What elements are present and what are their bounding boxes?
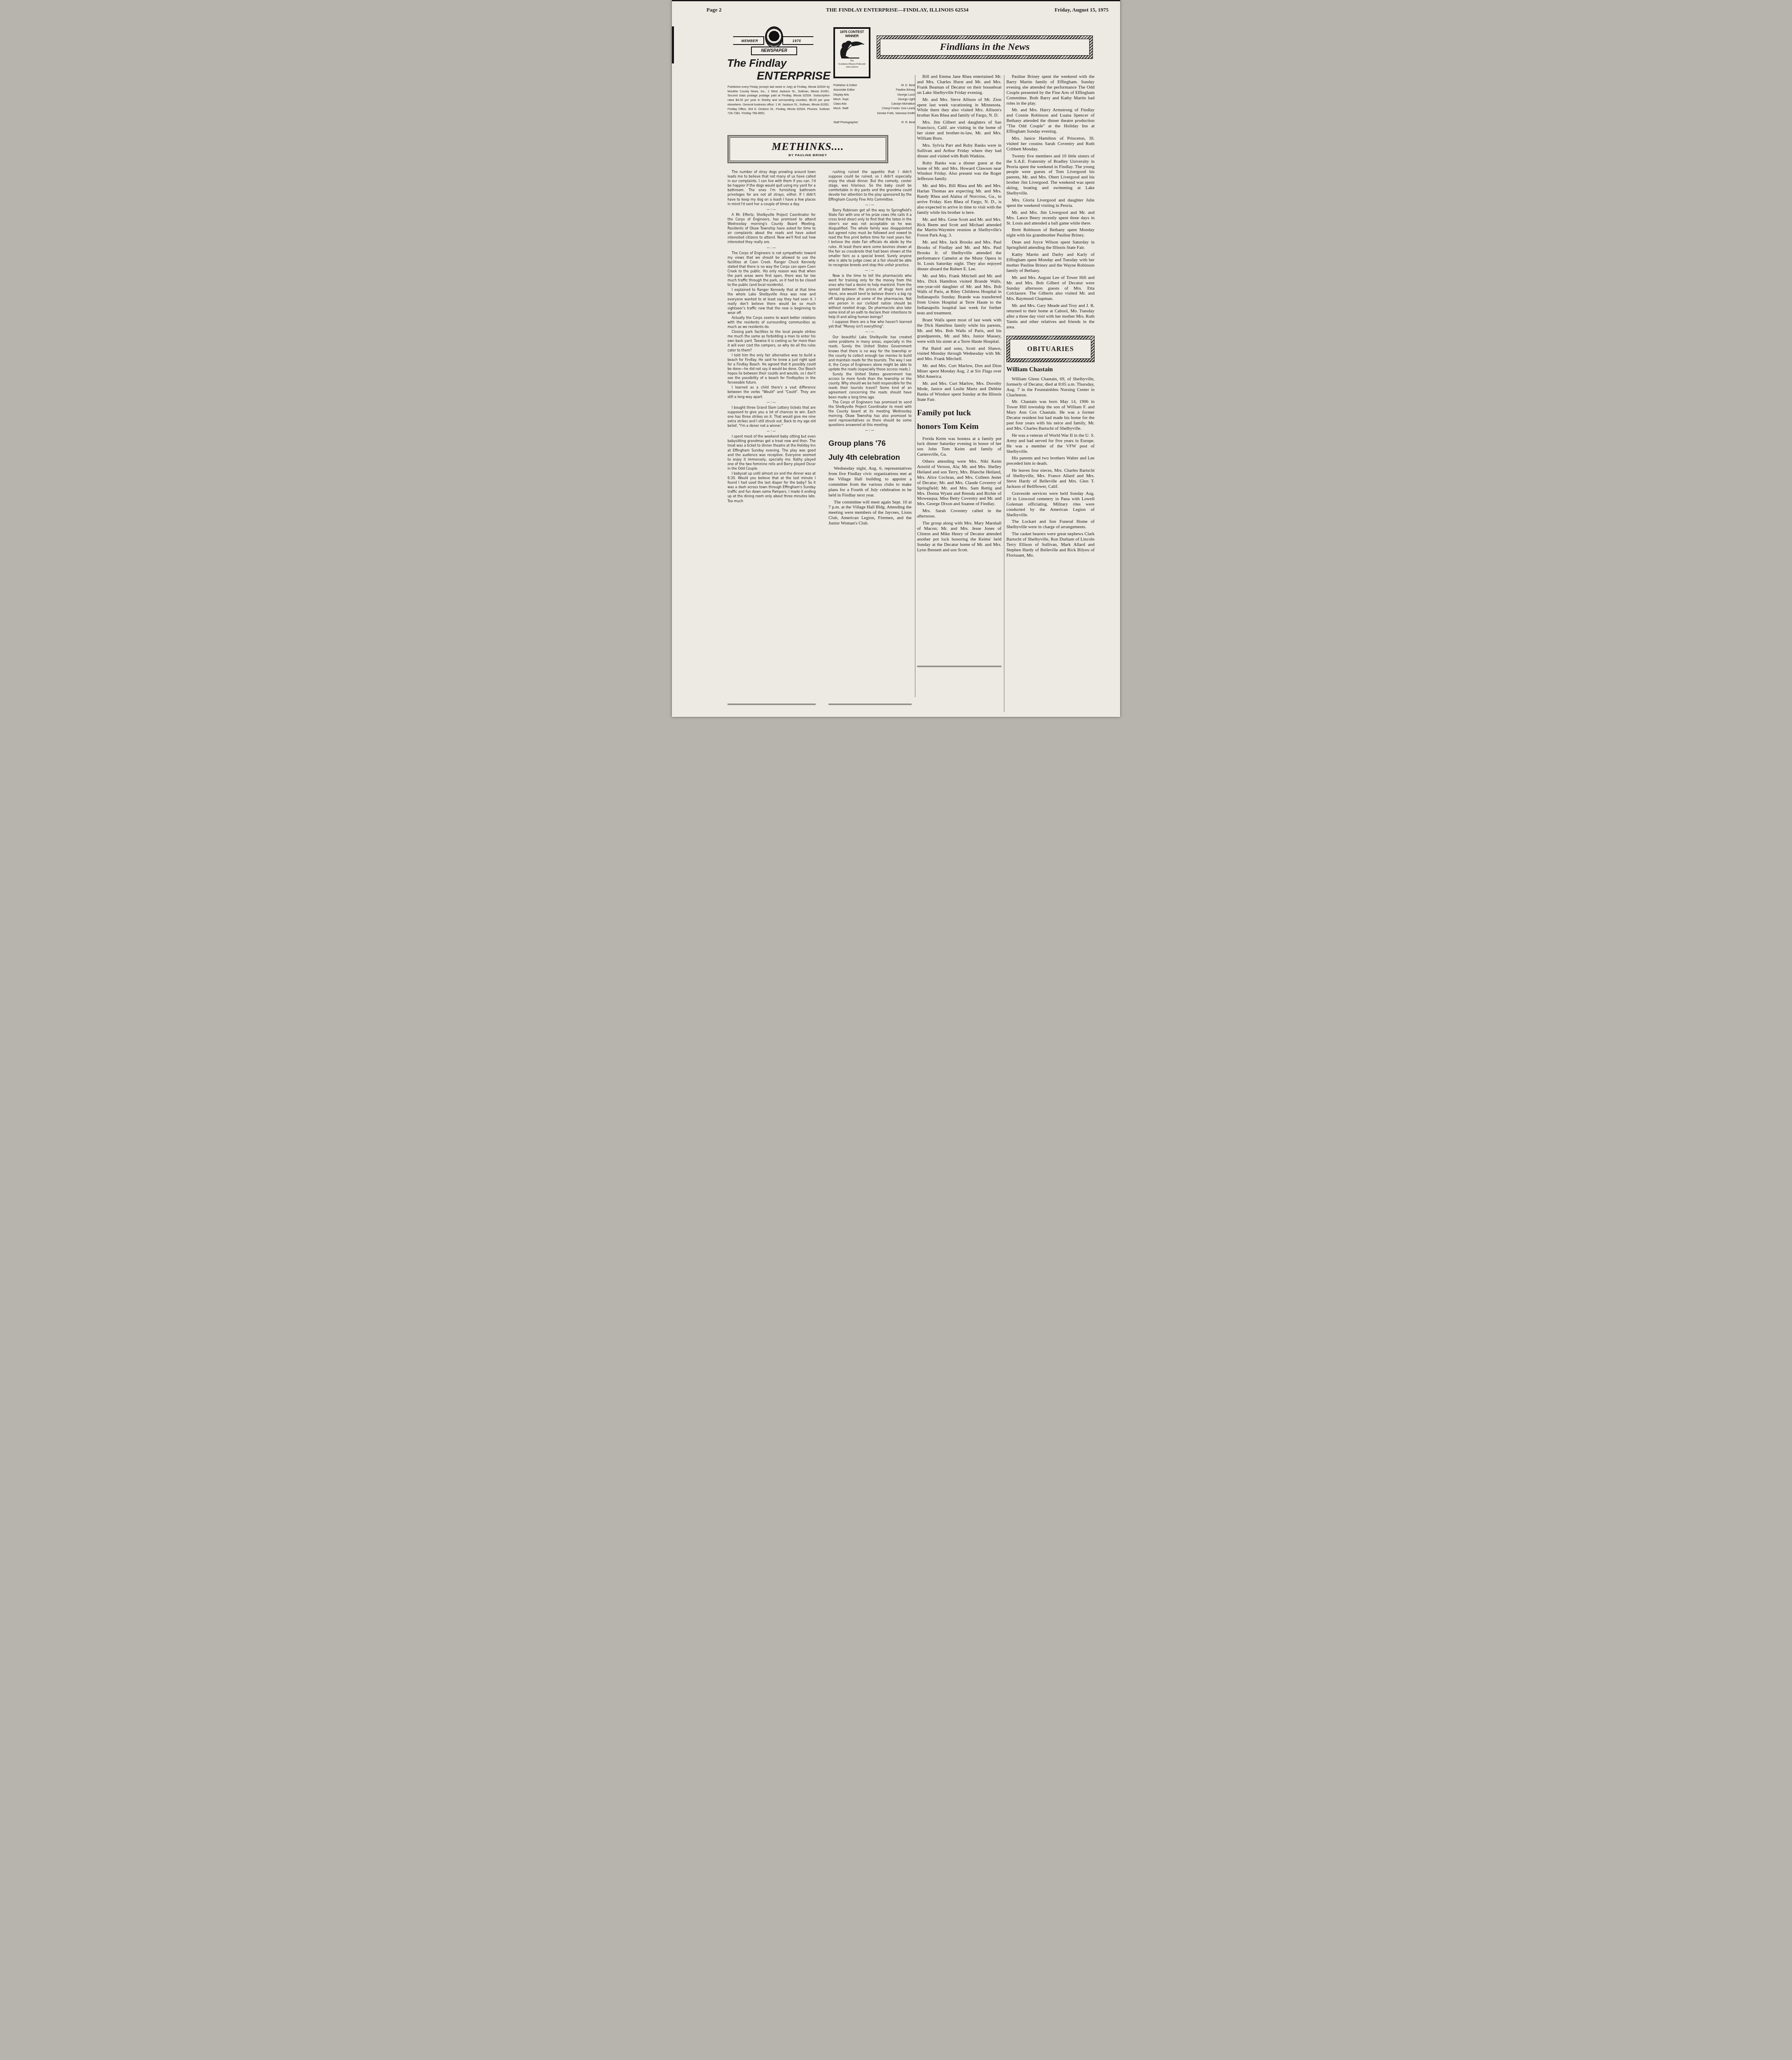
credit-name: Denise Fults, Vanessa Smith bbox=[877, 111, 915, 115]
article-paragraph: The number of stray dogs prowling around… bbox=[728, 170, 816, 206]
family-potluck-body: Freida Keim was hostess at a family pot … bbox=[917, 436, 1001, 553]
newspaper-banner: NEWSPAPER bbox=[751, 47, 797, 55]
article-paragraph: Mr. and Mrs. Frank Mitchell and Mr. and … bbox=[917, 274, 1001, 316]
article-paragraph: Mr. and Mrs. Steve Allison of Mt. Zion s… bbox=[917, 97, 1001, 119]
article-paragraph: Brett Robinson of Bethany spent Monday n… bbox=[1006, 227, 1095, 238]
credit-role: Associate Editor bbox=[833, 87, 855, 92]
article-paragraph: Mrs. Sarah Coventry called in the aftern… bbox=[917, 508, 1001, 519]
masthead-title-line2: ENTERPRISE bbox=[727, 70, 834, 82]
article-paragraph: Kathy Martin and Darby and Karly of Effi… bbox=[1006, 252, 1095, 274]
section-divider: —:— bbox=[828, 428, 912, 433]
section-divider: —:— bbox=[728, 246, 816, 250]
article-paragraph: I told him the only fair alternative was… bbox=[728, 353, 816, 385]
article-paragraph: William Glenn Chastain, 69, of Shelbyvil… bbox=[1006, 377, 1095, 398]
article-paragraph: Mr. and Mrs. Curt Marlow, Don and Dion M… bbox=[917, 363, 1001, 379]
family-potluck-headline-line2: honors Tom Keim bbox=[917, 423, 1001, 431]
article-paragraph: The Corps of Engineers has promised to s… bbox=[828, 400, 912, 428]
credit-role: Publisher & Editor bbox=[833, 83, 857, 87]
family-potluck-article: Family pot luck honors Tom Keim Freida K… bbox=[917, 409, 1001, 553]
page-title: THE FINDLAY ENTERPRISE—FINDLAY, ILLINOIS… bbox=[756, 7, 1039, 13]
article-paragraph: Closing park facilities to the local peo… bbox=[728, 330, 816, 352]
article-paragraph: He leaves four nieces, Mrs. Charles Bart… bbox=[1006, 468, 1095, 489]
article-paragraph: The casket bearers were great nephews Cl… bbox=[1006, 531, 1095, 558]
obituary-name: William Chastain bbox=[1006, 366, 1095, 373]
member-ribbon: MEMBER bbox=[733, 36, 764, 45]
contest-org: The Southern Illinois Editorial Associat… bbox=[836, 60, 868, 68]
article-paragraph: I learned as a child there's a vast diff… bbox=[728, 385, 816, 399]
article-paragraph: Mr. Chastain was born May 14, 1906 in To… bbox=[1006, 399, 1095, 431]
page-number: Page 2 bbox=[707, 7, 756, 13]
group-plans-headline: Group plans '76 July 4th celebration bbox=[828, 439, 912, 461]
article-paragraph: The Corps of Engineers is not sympatheti… bbox=[728, 251, 816, 288]
column-rule bbox=[1004, 75, 1004, 712]
article-paragraph: The committee will meet again Sept. 10 a… bbox=[828, 500, 912, 527]
group-plans-headline-line2: July 4th celebration bbox=[828, 453, 912, 461]
masthead-title: The Findlay ENTERPRISE bbox=[727, 58, 834, 82]
credit-name: M. E. Best bbox=[901, 83, 915, 87]
findlians-headline-box: Findlians in the News bbox=[877, 35, 1093, 59]
article-paragraph: Wednesday night, Aug. 6, representatives… bbox=[828, 466, 912, 498]
news-column-1: Bill and Emma Jane Rhea entertained Mr. … bbox=[917, 74, 1001, 667]
article-paragraph: Now is the time to tell the pharmacists … bbox=[828, 274, 912, 319]
article-paragraph: The group along with Mrs. Mary Marshall … bbox=[917, 521, 1001, 552]
obituaries-headline: OBITUARIES bbox=[1010, 339, 1091, 359]
scan-edge bbox=[672, 26, 674, 63]
masthead-title-line1: The Findlay bbox=[727, 58, 834, 68]
credit-role: Mech. Supt. bbox=[833, 97, 849, 101]
article-paragraph: Actually the Corps seems to want better … bbox=[728, 316, 816, 329]
methinks-column-2-text: rushing ruined the appetite that I didn'… bbox=[828, 170, 912, 433]
article-paragraph: Mr. and Mrs. Jim Livergood and Mr. and M… bbox=[1006, 210, 1095, 226]
article-paragraph: I babysat up until almost six and the di… bbox=[728, 471, 816, 503]
group-plans-body: Wednesday night, Aug. 6, representatives… bbox=[828, 466, 912, 526]
article-paragraph: Freida Keim was hostess at a family pot … bbox=[917, 436, 1001, 458]
article-paragraph: Pat Baird and sons, Scott and Shawn, vis… bbox=[917, 346, 1001, 362]
credit-row: Display Adv.George Lozzi bbox=[833, 92, 915, 97]
article-paragraph: Mr. and Mrs. Gary Meade and Troy and J. … bbox=[1006, 303, 1095, 330]
article-paragraph: A Mr. Effertz, Shelbyville Project Coord… bbox=[728, 213, 816, 245]
article-paragraph: His parents and two brothers Walter and … bbox=[1006, 456, 1095, 466]
newspaper-page: Page 2 THE FINDLAY ENTERPRISE—FINDLAY, I… bbox=[672, 0, 1120, 717]
article-paragraph: Mr. and Mrs. Jack Brooks and Mrs. Paul B… bbox=[917, 240, 1001, 272]
credit-role: Display Adv. bbox=[833, 92, 849, 97]
findlians-headline: Findlians in the News bbox=[880, 39, 1090, 56]
article-paragraph: Mrs. Sylvia Parr and Ruby Banks were in … bbox=[917, 143, 1001, 159]
credit-row: Mech. StaffCheryl Foster, Don Lewis bbox=[833, 106, 915, 110]
contest-org-line2: Association bbox=[846, 66, 858, 68]
credit-row: Associate EditorPauline Briney bbox=[833, 87, 915, 92]
column-rule bbox=[915, 75, 915, 697]
contest-winner-box: 1975 CONTEST WINNER The Southern Illinoi… bbox=[833, 27, 870, 78]
credit-row: Publisher & EditorM. E. Best bbox=[833, 83, 915, 87]
article-paragraph: Mr. and Mrs. Bill Rhea and Mr. and Mrs. … bbox=[917, 183, 1001, 215]
article-paragraph: Mr. and Mrs. Gene Scott and Mr. and Mrs.… bbox=[917, 217, 1001, 239]
section-divider: —:— bbox=[728, 400, 816, 405]
credit-name: Carolyn McHatton bbox=[891, 101, 915, 106]
article-paragraph: Mrs. Gloria Livergood and daughter Julie… bbox=[1006, 198, 1095, 208]
staff-credits: Publisher & EditorM. E. BestAssociate Ed… bbox=[833, 83, 915, 124]
scan-edge bbox=[672, 0, 1120, 1]
credit-role: Class Adv. bbox=[833, 101, 847, 106]
obituary-body: William Glenn Chastain, 69, of Shelbyvil… bbox=[1006, 377, 1095, 558]
article-paragraph: Ruby Banks was a dinner guest at the hom… bbox=[917, 161, 1001, 182]
methinks-column-1: The number of stray dogs prowling around… bbox=[728, 170, 816, 705]
article-paragraph: Mr. and Mrs. August Lee of Tower Hill an… bbox=[1006, 275, 1095, 302]
article-paragraph: The Lockart and Son Funeral Home of Shel… bbox=[1006, 519, 1095, 530]
section-divider: —:— bbox=[828, 268, 912, 273]
lion-with-fishing-rod-illustration bbox=[837, 38, 867, 60]
credit-row bbox=[833, 115, 915, 120]
family-potluck-headline: Family pot luck honors Tom Keim bbox=[917, 409, 1001, 431]
press-association-badge: MEMBER 1975 NEWSPAPER bbox=[733, 26, 814, 55]
article-paragraph: Pauline Briney spent the weekend with th… bbox=[1006, 74, 1095, 106]
contest-org-line1: Southern Illinois Editorial bbox=[838, 63, 866, 66]
article-paragraph: He was a veteran of World War II in the … bbox=[1006, 433, 1095, 454]
article-paragraph: I suppose there are a few who haven't le… bbox=[828, 320, 912, 329]
family-potluck-headline-line1: Family pot luck bbox=[917, 409, 1001, 417]
article-paragraph: Surely the United States government has … bbox=[828, 372, 912, 400]
publication-info: Published every Firday (except last week… bbox=[728, 85, 830, 116]
credit-name: Pauline Briney bbox=[896, 87, 915, 92]
credit-row: Mech. Supt.George Light bbox=[833, 97, 915, 101]
credit-row: Staff PhotographerR. R. Best bbox=[833, 120, 915, 124]
credit-name: Cheryl Foster, Don Lewis bbox=[882, 106, 915, 110]
group-plans-article: Group plans '76 July 4th celebration Wed… bbox=[828, 439, 912, 526]
article-paragraph: Bill and Emma Jane Rhea entertained Mr. … bbox=[917, 74, 1001, 96]
methinks-headline: METHINKS.... bbox=[772, 141, 844, 152]
article-paragraph: Graveside services were held Sunday Aug.… bbox=[1006, 491, 1095, 518]
article-paragraph: I explained to Ranger Kennedy that at th… bbox=[728, 288, 816, 315]
methinks-headline-inner: METHINKS.... BY PAULINE BRINEY bbox=[730, 137, 886, 161]
article-paragraph: Mrs. Janice Hamilton of Princeton, Ill. … bbox=[1006, 136, 1095, 152]
year-ribbon: 1975 bbox=[782, 36, 814, 45]
article-paragraph: Mr. and Mrs. Curt Marlow, Mrs. Dorothy M… bbox=[917, 381, 1001, 403]
article-paragraph: I bought three Grand Slam Lottery ticket… bbox=[728, 405, 816, 428]
article-paragraph: Mr. and Mrs. Harry Armstrong of Findlay … bbox=[1006, 108, 1095, 134]
article-paragraph: Brant Walls spent most of last week with… bbox=[917, 318, 1001, 344]
credit-role: Staff Photographer bbox=[833, 120, 858, 124]
credit-role: Mech. Staff bbox=[833, 106, 848, 110]
contest-org-the: The bbox=[836, 60, 868, 63]
credit-name: George Light bbox=[898, 97, 915, 101]
article-paragraph: Barry Robinson got all the way to Spring… bbox=[828, 208, 912, 267]
section-divider: —:— bbox=[828, 203, 912, 207]
credit-name: George Lozzi bbox=[897, 92, 915, 97]
news-column-1-text: Bill and Emma Jane Rhea entertained Mr. … bbox=[917, 74, 1001, 403]
article-paragraph: Mrs. Jim Gilbert and daughters of San Fr… bbox=[917, 120, 1001, 141]
article-paragraph: rushing ruined the appetite that I didn'… bbox=[828, 170, 912, 202]
section-divider: —:— bbox=[828, 330, 912, 334]
section-divider: —:— bbox=[728, 429, 816, 433]
methinks-headline-box: METHINKS.... BY PAULINE BRINEY bbox=[728, 135, 888, 163]
group-plans-headline-line1: Group plans '76 bbox=[828, 439, 912, 447]
article-paragraph: Others attending were Mrs. Niki Keim Arn… bbox=[917, 459, 1001, 507]
obituaries-headline-box: OBITUARIES bbox=[1006, 336, 1095, 362]
article-paragraph: Twenty five members and 10 little sister… bbox=[1006, 154, 1095, 196]
methinks-byline: BY PAULINE BRINEY bbox=[788, 153, 827, 157]
section-divider: —:— bbox=[728, 207, 816, 212]
article-paragraph: Our beautiful Lake Shelbyville has creat… bbox=[828, 335, 912, 372]
press-association-seal-icon bbox=[765, 26, 783, 48]
methinks-column-2: rushing ruined the appetite that I didn'… bbox=[828, 170, 912, 705]
page-header: Page 2 THE FINDLAY ENTERPRISE—FINDLAY, I… bbox=[707, 7, 1109, 13]
article-paragraph: I spent most of the weekend baby sitting… bbox=[728, 434, 816, 471]
credit-name: R. R. Best bbox=[901, 120, 915, 124]
news-column-2: Pauline Briney spent the weekend with th… bbox=[1006, 74, 1095, 715]
credit-row: Class Adv.Carolyn McHatton bbox=[833, 101, 915, 106]
news-column-2-text: Pauline Briney spent the weekend with th… bbox=[1006, 74, 1095, 330]
article-paragraph: Dean and Joyce Wilson spent Saturday in … bbox=[1006, 240, 1095, 250]
page-date: Friday, August 15, 1975 bbox=[1039, 7, 1109, 13]
contest-winner-title: 1975 CONTEST WINNER bbox=[836, 30, 868, 38]
credit-row: Denise Fults, Vanessa Smith bbox=[833, 111, 915, 115]
